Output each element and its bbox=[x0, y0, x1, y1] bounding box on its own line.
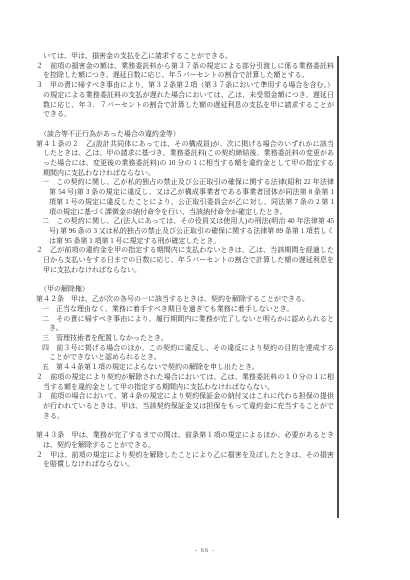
paragraph-para: ３ 前項の場合において、第４条の規定により契約保証金の納付又はこれに代わる担保の… bbox=[36, 392, 334, 421]
document-page: いては、甲は、損害金の支払を乙に請求することができる。２ 前項の損害金の額は、業… bbox=[0, 0, 410, 580]
paragraph-item: 二 この契約に関し、乙(法人にあっては、その役員又は使用人)の刑法(明治 40 … bbox=[36, 217, 334, 246]
paragraph-heading: （談合等不正行為があった場合の違約金等） bbox=[36, 130, 334, 140]
page-number: - 66 - bbox=[0, 547, 410, 554]
paragraph-para: ３ 甲の責に帰すべき事由により、第３２条第２項（第３７条において準用する場合を含… bbox=[36, 81, 334, 120]
paragraph-heading: （甲の解除権） bbox=[36, 285, 334, 295]
paragraph-item: 四 前３号に掲げる場合のほか、この契約に違反し、その違反により契約の目的を達成す… bbox=[36, 344, 334, 363]
paragraph-para: ２ 前項の規定により契約が解除された場合においては、乙は、業務委託料の１０分の１… bbox=[36, 373, 334, 392]
paragraph-item: 一 正当な理由なく、業務に着手すべき期日を過ぎても業務に着手しないとき。 bbox=[36, 305, 334, 315]
paragraph-article: 第４１条の２ 乙(設計共同体にあっては、その構成員)が、次に掲げる場合のいずれか… bbox=[36, 140, 334, 179]
paragraph-continuation: いては、甲は、損害金の支払を乙に請求することができる。 bbox=[36, 52, 334, 62]
paragraph-item: 五 第４４条第１項の規定によらないで契約の解除を申し出たとき。 bbox=[36, 363, 334, 373]
paragraph-para: ２ 乙が前項の違約金を甲の指定する期間内に支払わないときは、乙は、当該期間を経過… bbox=[36, 246, 334, 275]
document-body: いては、甲は、損害金の支払を乙に請求することができる。２ 前項の損害金の額は、業… bbox=[36, 52, 334, 470]
paragraph-article: 第４２条 甲は、乙が次の各号の一に該当するときは、契約を解除することができる。 bbox=[36, 295, 334, 305]
paragraph-item: 二 その責に帰すべき事由により、履行期間内に業務が完了しないと明らかに認められる… bbox=[36, 315, 334, 334]
paragraph-article: 第４３条 甲は、業務が完了するまでの間は、前条第１項の規定によるほか、必要がある… bbox=[36, 431, 334, 450]
paragraph-item: 三 管理技術者を配置しなかったとき。 bbox=[36, 334, 334, 344]
revision-change-bar bbox=[337, 56, 339, 518]
paragraph-item: 一 この契約に関し、乙が私的独占の禁止及び公正取引の確保に関する法律(昭和 22… bbox=[36, 178, 334, 217]
paragraph-para: ２ 前項の損害金の額は、業務委託料から第３７条の規定による部分引渡しに係る業務委… bbox=[36, 62, 334, 81]
paragraph-para: ２ 甲は、前項の規定により契約を解除したことにより乙に損害を及ぼしたときは、その… bbox=[36, 451, 334, 470]
